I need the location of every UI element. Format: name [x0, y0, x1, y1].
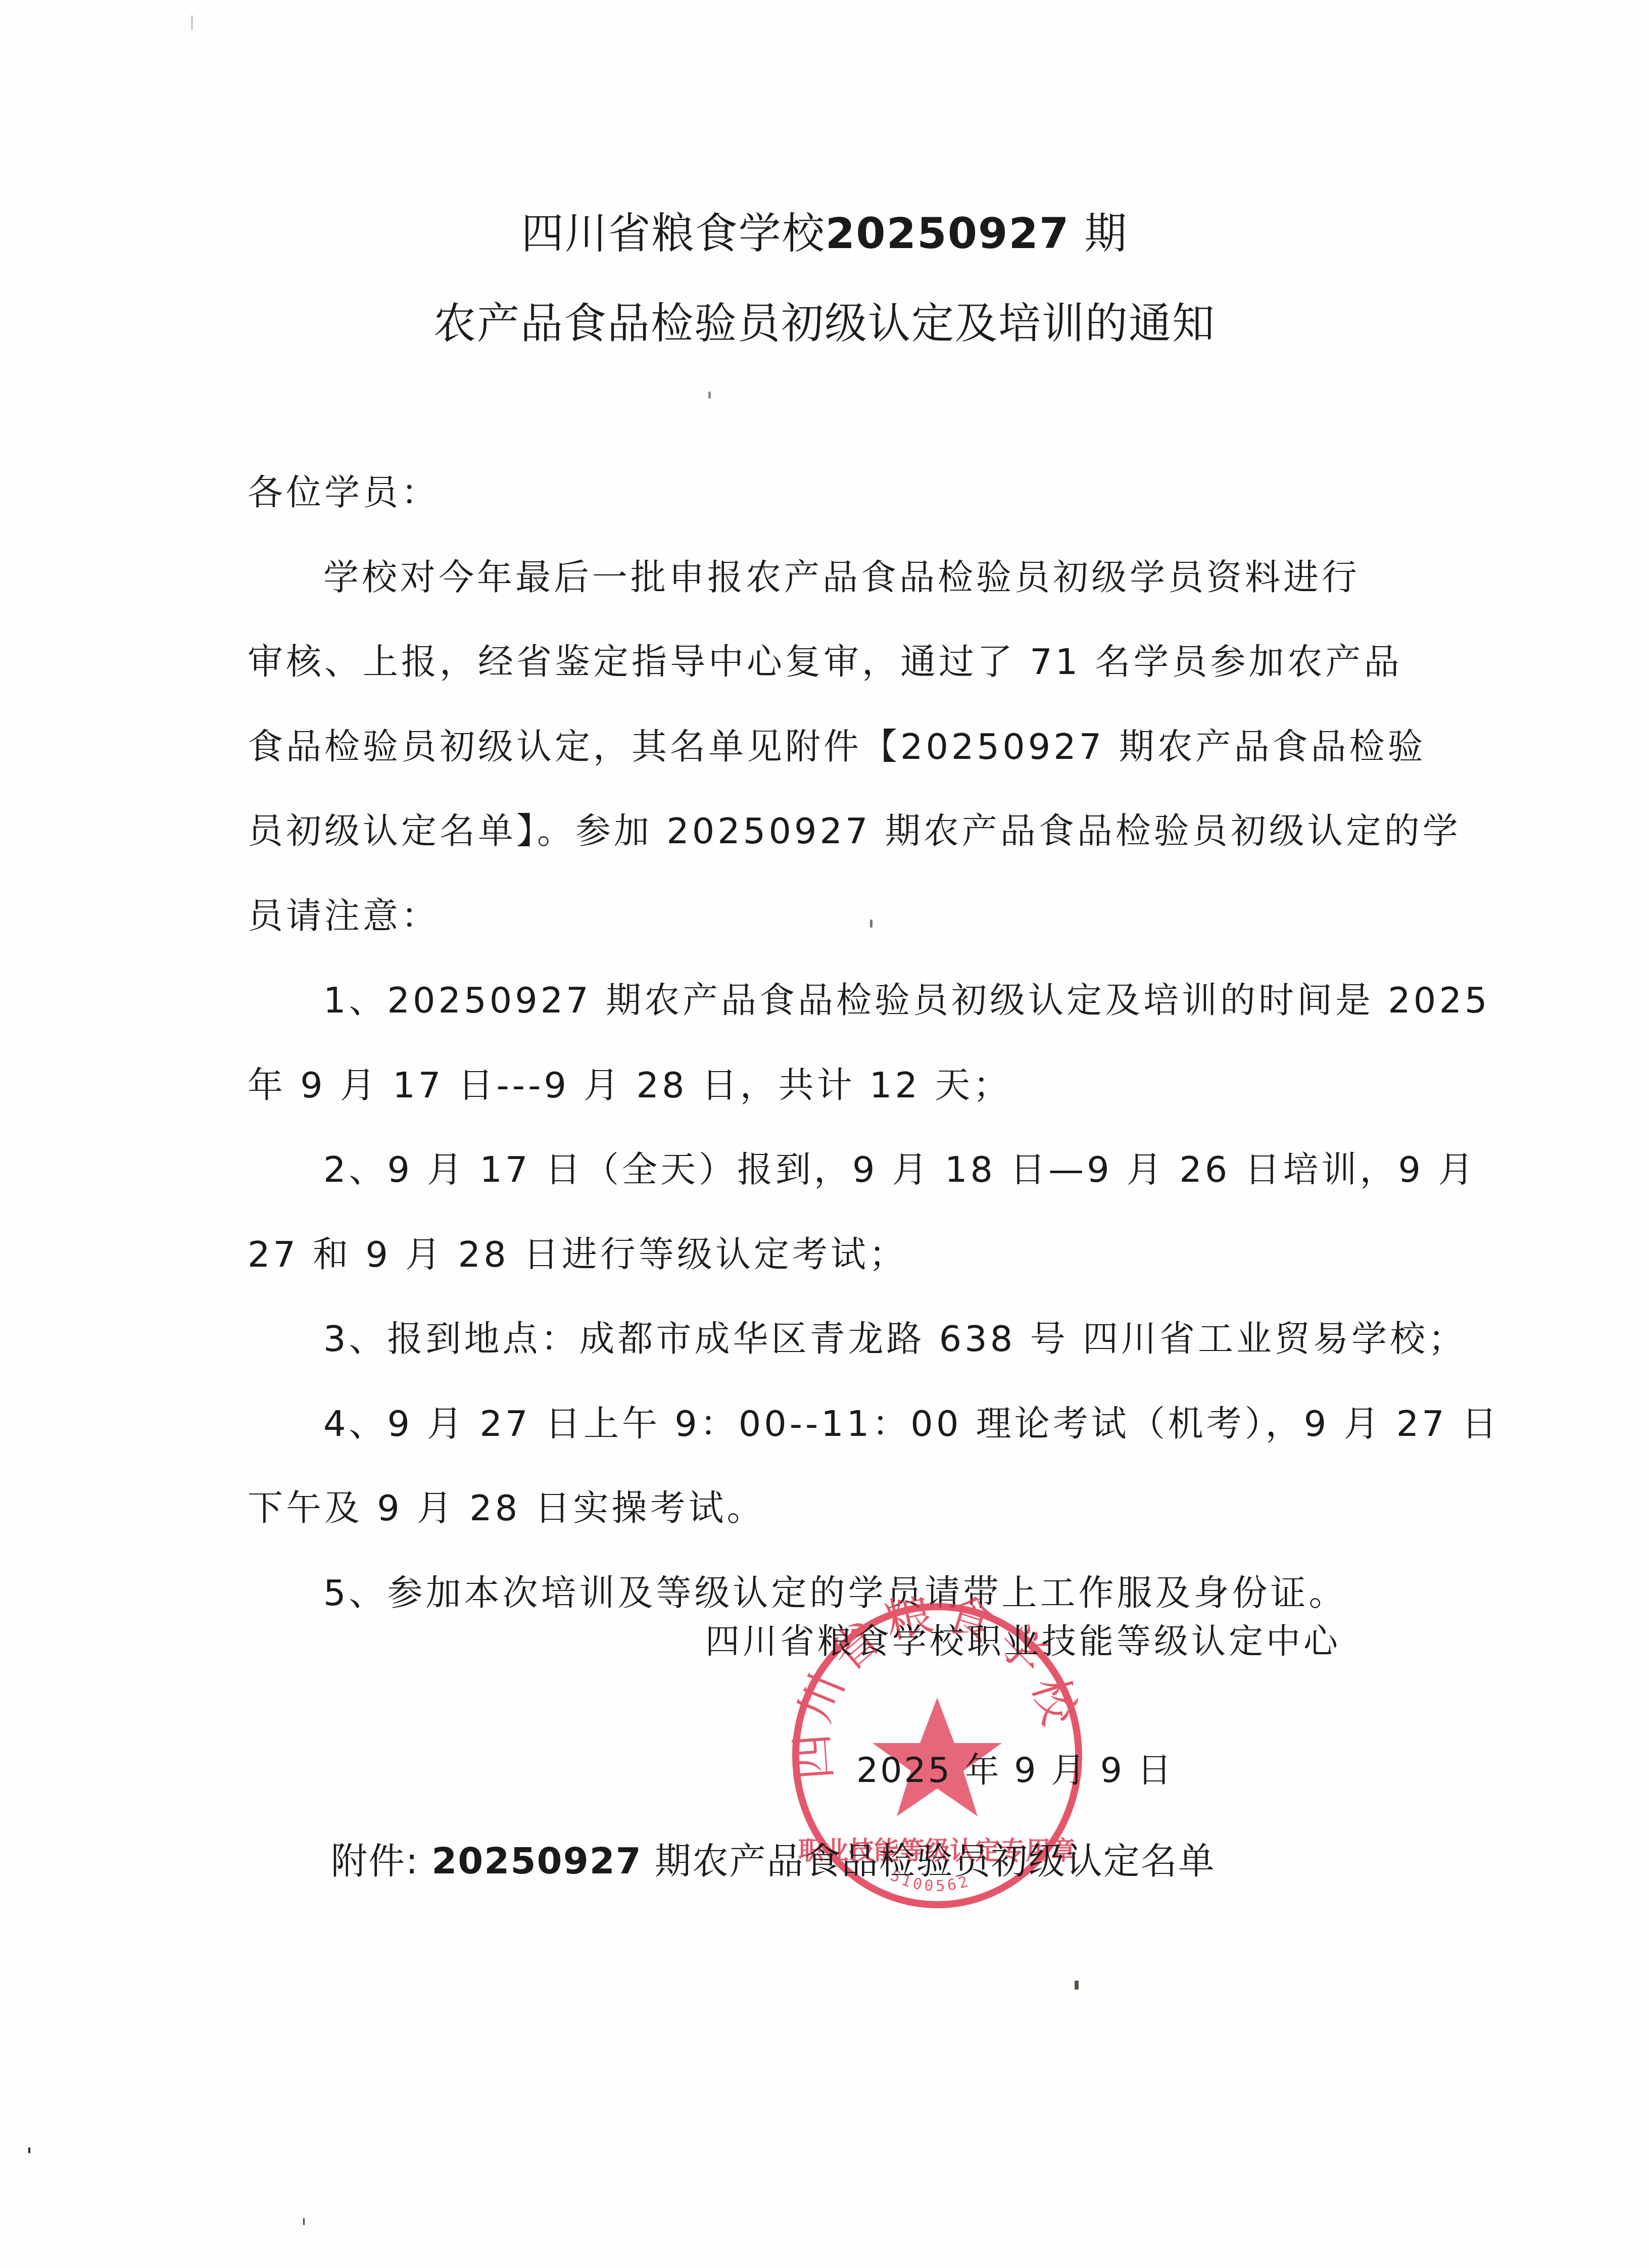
title-number: 20250927: [826, 209, 1070, 258]
document-title-line2: 农产品食品检验员初级认定及培训的通知: [0, 302, 1649, 345]
attachment-title: 期农产品食品检验员初级认定名单: [655, 1840, 1216, 1882]
item-line: 4、9 月 27 日上午 9：00--11：00 理论考试（机考），9 月 27…: [323, 1406, 1500, 1441]
signature-organization: 四川省粮食学校职业技能等级认定中心: [705, 1614, 1341, 1663]
attachment-number: 20250927: [431, 1840, 642, 1882]
item-line: 3、报到地点：成都市成华区青龙路 638 号 四川省工业贸易学校；: [323, 1321, 1467, 1357]
scan-speck: [28, 2147, 30, 2153]
attachment-label: 附件:: [331, 1840, 419, 1882]
item-line: 27 和 9 月 28 日进行等级认定考试；: [248, 1237, 907, 1272]
document-title-line1: 四川省粮食学校20250927 期: [0, 212, 1649, 255]
item-line: 1、20250927 期农产品食品检验员初级认定及培训的时间是 2025: [323, 983, 1490, 1018]
scan-speck: [303, 2218, 305, 2225]
item-line: 2、9 月 17 日（全天）报到，9 月 18 日—9 月 26 日培训，9 月: [323, 1152, 1476, 1187]
intro-line: 食品检验员初级认定，其名单见附件【20250927 期农产品食品检验: [248, 729, 1426, 764]
scan-speck: [191, 15, 193, 30]
intro-line: 学校对今年最后一批申报农产品食品检验员初级学员资料进行: [323, 560, 1360, 595]
title-suffix: 期: [1084, 209, 1128, 258]
item-line: 年 9 月 17 日---9 月 28 日，共计 12 天；: [248, 1068, 1011, 1103]
title-prefix: 四川省粮食学校: [521, 209, 826, 258]
signature-date: 2025 年 9 月 9 日: [856, 1743, 1174, 1792]
greeting: 各位学员：: [248, 475, 440, 510]
scan-speck: [870, 920, 872, 928]
document-page: 四川省粮食学校20250927 期 农产品食品检验员初级认定及培训的通知 各位学…: [0, 0, 1649, 2268]
item-line: 5、参加本次培训及等级认定的学员请带上工作服及身份证。: [323, 1575, 1347, 1611]
intro-line: 员请注意：: [248, 898, 440, 934]
scan-speck: [708, 392, 711, 399]
scan-speck: [1075, 1981, 1079, 1990]
item-line: 下午及 9 月 28 日实操考试。: [248, 1490, 765, 1526]
intro-line: 员初级认定名单】。参加 20250927 期农产品食品检验员初级认定的学: [248, 813, 1461, 849]
intro-line: 审核、上报，经省鉴定指导中心复审，通过了 71 名学员参加农产品: [248, 644, 1402, 680]
attachment-line: 附件: 20250927 期农产品食品检验员初级认定名单: [331, 1831, 1216, 1884]
